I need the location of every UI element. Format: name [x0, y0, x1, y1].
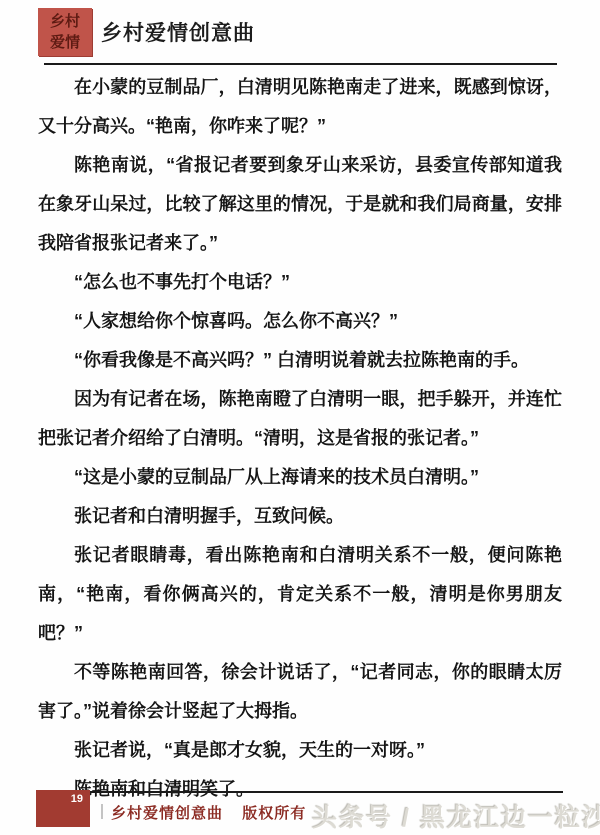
document-page: 乡村 爱情 乡村爱情创意曲 在小蒙的豆制品厂，白清明见陈艳南走了进来，既感到惊讶… — [0, 0, 600, 835]
paragraph: 不等陈艳南回答，徐会计说话了，“记者同志，你的眼睛太厉害了。”说着徐会计竖起了大… — [38, 653, 562, 731]
paragraph: 陈艳南说，“省报记者要到象牙山来采访，县委宣传部知道我在象牙山呆过，比较了解这里… — [38, 146, 562, 263]
badge-line-1: 乡村 — [38, 11, 92, 32]
paragraph: 因为有记者在场，陈艳南瞪了白清明一眼，把手躲开，并连忙把张记者介绍给了白清明。“… — [38, 380, 562, 458]
paragraph: 在小蒙的豆制品厂，白清明见陈艳南走了进来，既感到惊讶，又十分高兴。“艳南，你咋来… — [38, 68, 562, 146]
watermark: 头条号 / 黑龙江边一粒沙 — [312, 798, 600, 834]
paragraph: “你看我像是不高兴吗？” 白清明说着就去拉陈艳南的手。 — [38, 341, 562, 380]
footer-copyright: 版权所有 — [242, 805, 306, 822]
page-number: 19 — [71, 793, 83, 805]
paragraph: “怎么也不事先打个电话？” — [38, 263, 562, 302]
footer-meta: 乡村爱情创意曲 版权所有 — [111, 802, 306, 823]
article-body: 在小蒙的豆制品厂，白清明见陈艳南走了进来，既感到惊讶，又十分高兴。“艳南，你咋来… — [38, 68, 562, 809]
badge-line-2: 爱情 — [38, 32, 92, 53]
footer-divider-line — [90, 791, 563, 793]
page-title: 乡村爱情创意曲 — [101, 17, 255, 47]
paragraph: 张记者眼睛毒，看出陈艳南和白清明关系不一般，便问陈艳南，“艳南，看你俩高兴的，肯… — [38, 536, 562, 653]
footer-separator — [101, 804, 103, 819]
paragraph: 张记者说，“真是郎才女貌，天生的一对呀。” — [38, 731, 562, 770]
brand-badge: 乡村 爱情 — [38, 8, 92, 56]
footer-book-title: 乡村爱情创意曲 — [111, 805, 223, 822]
paragraph: 张记者和白清明握手，互致问候。 — [38, 497, 562, 536]
paragraph: “这是小蒙的豆制品厂从上海请来的技术员白清明。” — [38, 458, 562, 497]
paragraph: “人家想给你个惊喜吗。怎么你不高兴？” — [38, 302, 562, 341]
header-divider — [44, 63, 557, 65]
page-number-box: 19 — [36, 790, 90, 827]
